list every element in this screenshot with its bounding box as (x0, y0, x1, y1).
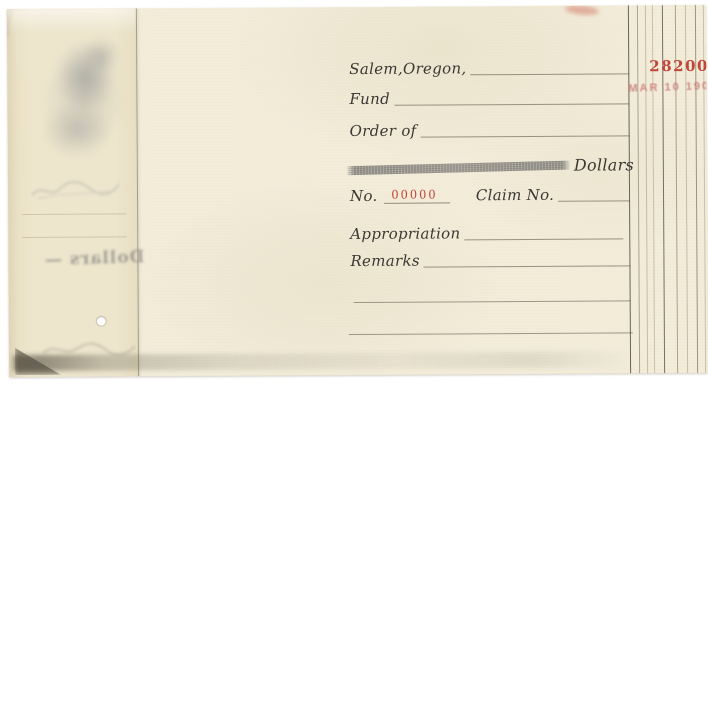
fund-label: Fund (349, 92, 394, 109)
ghost-script-upper (28, 176, 123, 203)
payee-blank-line (421, 135, 630, 137)
security-band (347, 161, 570, 176)
serial-number: 28200 (649, 57, 708, 75)
fund-blank-line (394, 103, 629, 105)
ledger-column-rule (637, 5, 640, 373)
amount-row: Dollars (347, 153, 638, 177)
remarks-label: Remarks (350, 254, 424, 271)
stub-left-strip: Dollars — (7, 8, 138, 377)
ledger-column-rule (645, 5, 648, 373)
claim-blank-line (558, 200, 630, 201)
appropriation-label: Appropriation (350, 226, 464, 244)
date-stamp: MAR 10 190 (628, 79, 708, 95)
appropriation-row: Appropriation (350, 220, 623, 244)
date-blank-line (470, 73, 629, 75)
ghost-rule-line (22, 236, 126, 238)
ledger-column-rule (628, 5, 631, 373)
ghost-seal-bleedthrough (27, 34, 140, 167)
ghost-bottom-smudge (13, 351, 643, 371)
ghost-rule-line (22, 213, 126, 215)
order-of-row: Order of (350, 117, 630, 141)
appropriation-blank-line (464, 238, 623, 240)
remarks-blank-line (424, 265, 631, 267)
punch-hole (97, 317, 106, 326)
red-ink-smudge (565, 5, 600, 16)
place-date-row: Salem,Oregon, (349, 55, 629, 79)
number-claim-row: No. 00000 Claim No. (350, 182, 630, 206)
warrant-document: Dollars — Salem,Oregon, Fund Order of Do… (7, 5, 708, 377)
check-number-value: 00000 (384, 187, 450, 204)
fund-row: Fund (349, 85, 629, 109)
extra-blank-line (349, 332, 633, 335)
extra-blank-line (354, 300, 631, 303)
number-label: No. (350, 189, 382, 206)
place-label: Salem,Oregon, (349, 61, 470, 79)
order-of-label: Order of (350, 124, 421, 141)
remarks-row: Remarks (350, 247, 630, 271)
scan-background: Dollars — Salem,Oregon, Fund Order of Do… (0, 0, 708, 708)
claim-number-label: Claim No. (476, 188, 558, 206)
ghost-mirrored-dollars-text: Dollars — (48, 247, 145, 270)
